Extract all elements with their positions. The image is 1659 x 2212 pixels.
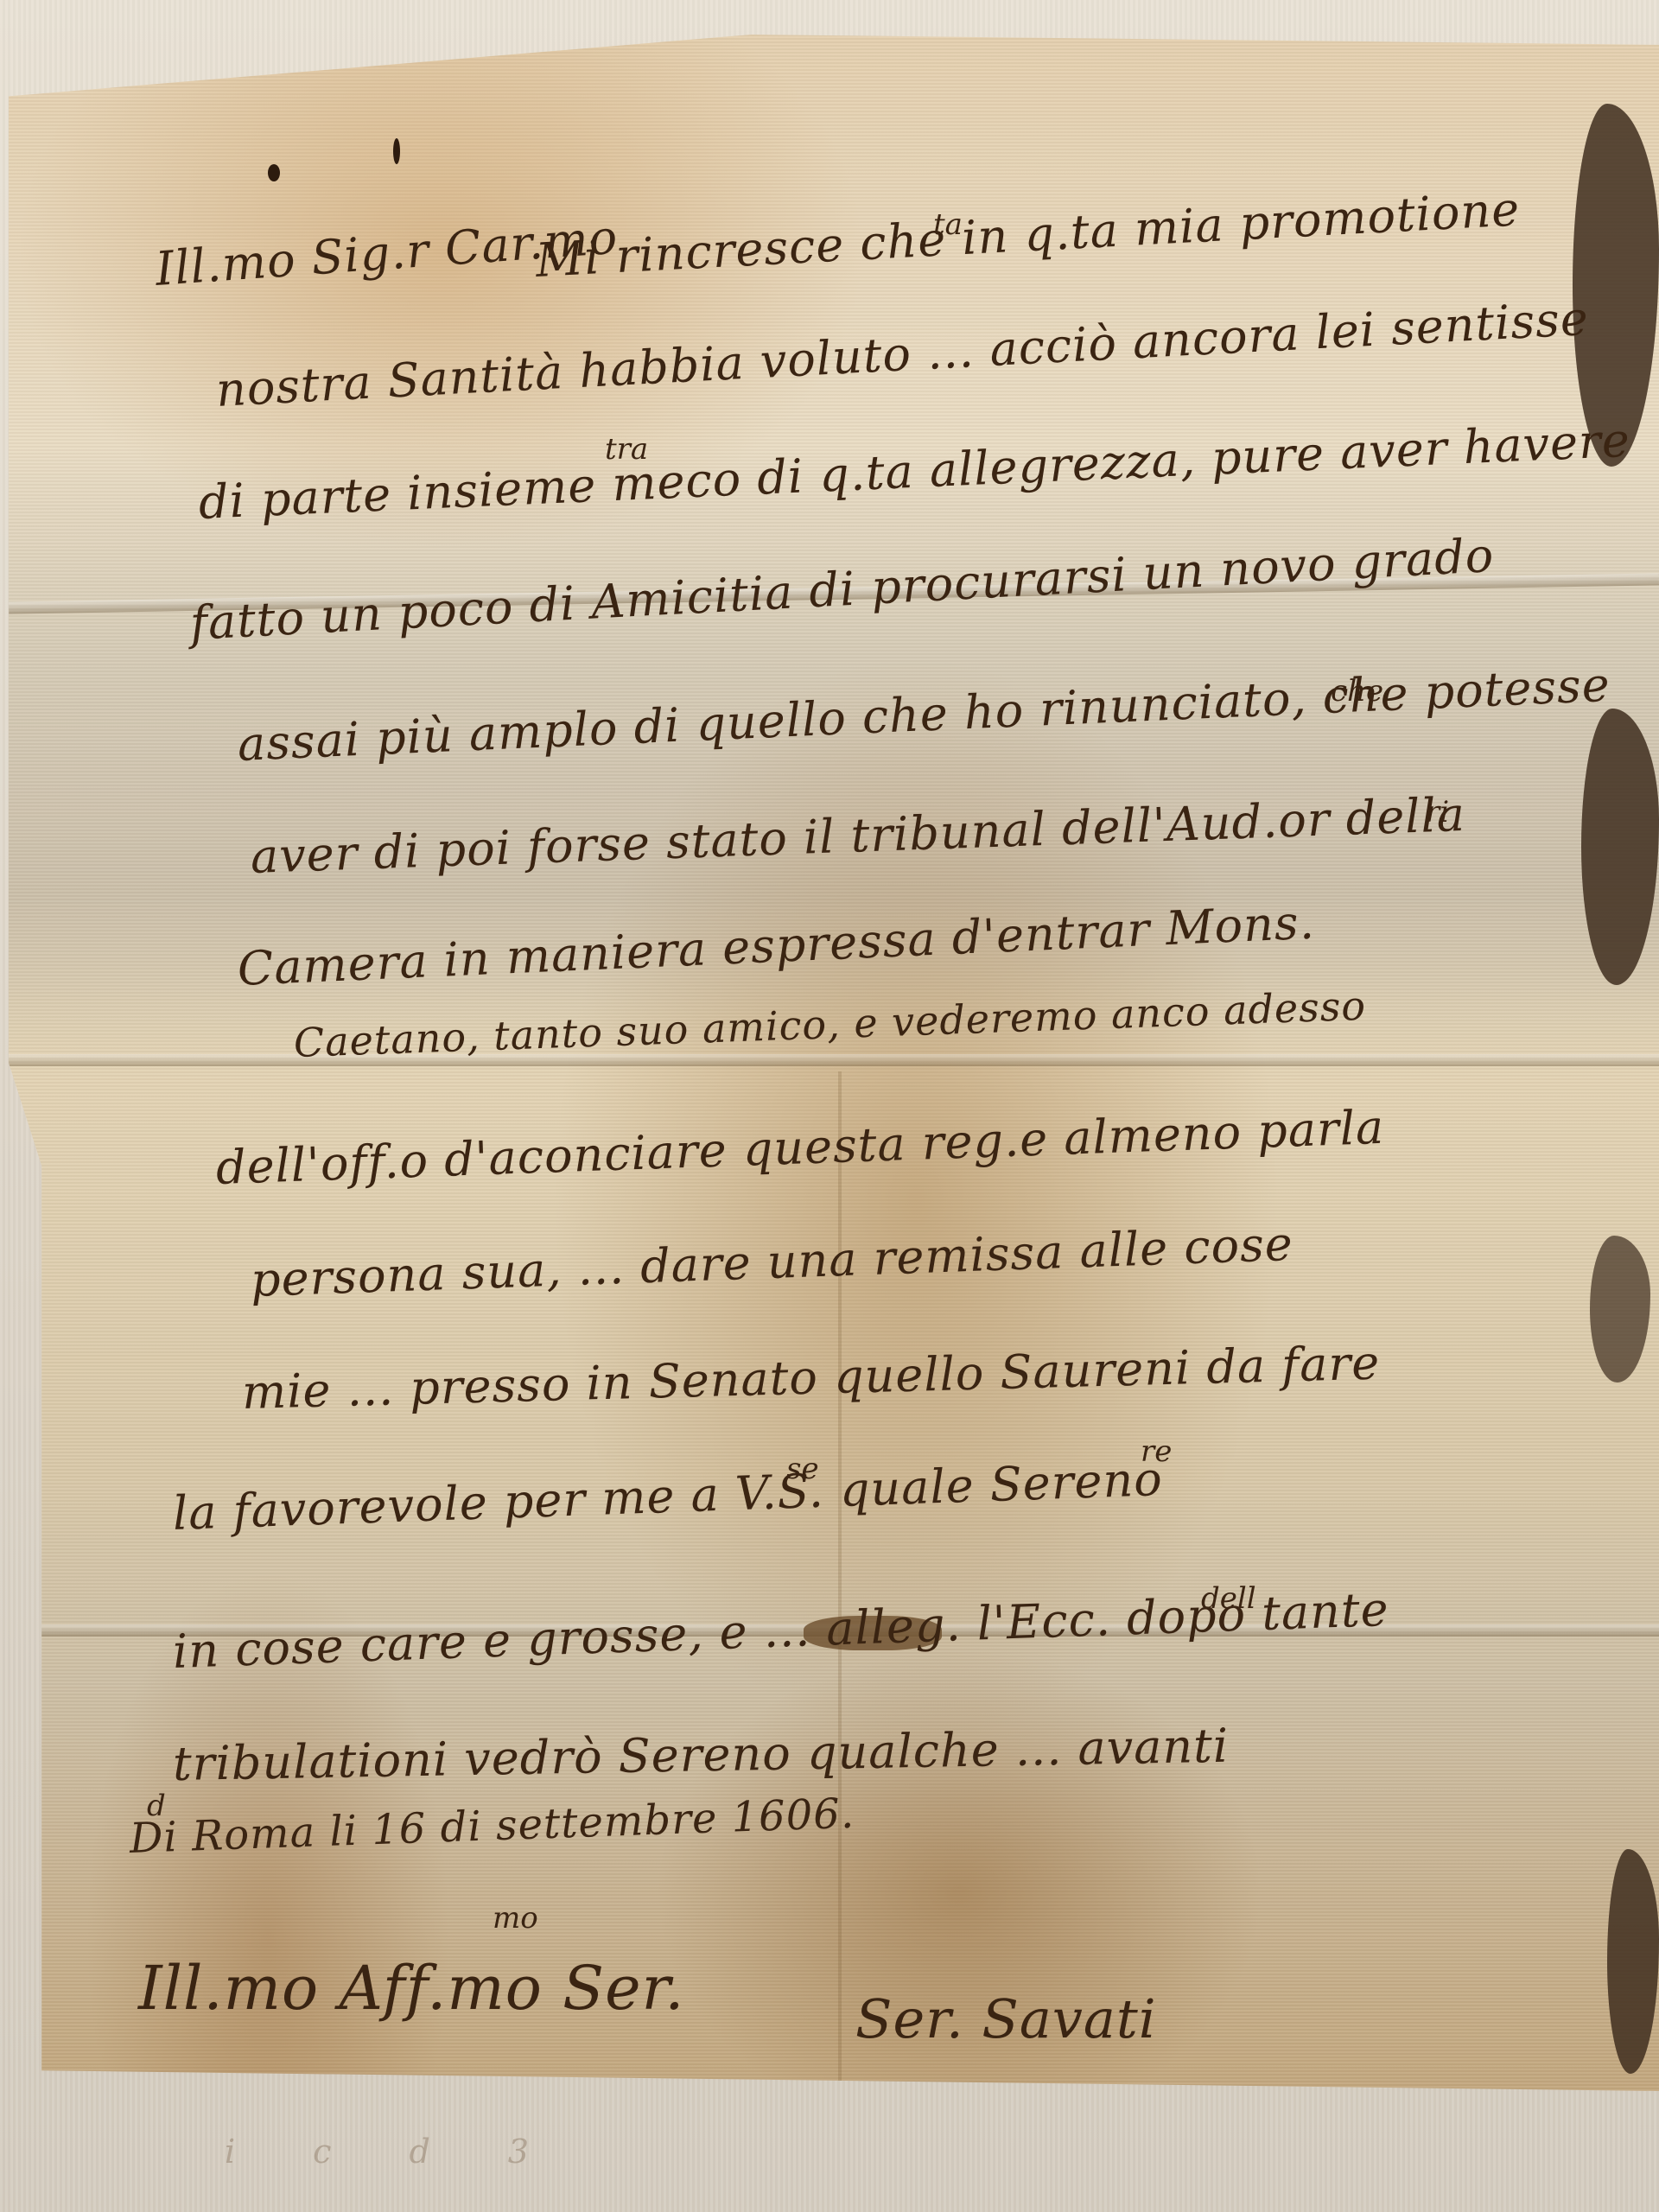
letter-line-4: fatto un poco di Amicitia di procurarsi … <box>188 528 1495 651</box>
superscript-abbrev: ri <box>1426 795 1449 829</box>
superscript-abbrev: che <box>1331 674 1383 709</box>
superscript-abbrev: re <box>1141 1434 1172 1469</box>
superscript-abbrev: tra <box>605 432 648 467</box>
letter-line-2: nostra Santità habbia voluto ... acciò a… <box>214 291 1590 417</box>
superscript-abbrev: mo <box>493 1901 538 1935</box>
ink-stain <box>1607 1849 1659 2074</box>
letter-line-14: tribulationi vedrò Sereno qualche ... av… <box>172 1719 1229 1791</box>
vertical-fold <box>838 1071 842 2091</box>
letter-line-12: la favorevole per me a V.S. quale Sereno <box>172 1452 1164 1541</box>
ink-blot <box>268 164 280 181</box>
letter-line-7: Camera in maniera espressa d'entrar Mons… <box>237 895 1316 996</box>
letter-line-6: aver di poi forse stato il tribunal dell… <box>250 787 1466 884</box>
superscript-abbrev: ta <box>933 207 963 242</box>
superscript-abbrev: dell <box>1201 1581 1256 1616</box>
closing: Ill.mo Aff.mo Ser. <box>138 1953 685 2024</box>
signature: Ser. Savati <box>855 1987 1157 2050</box>
letter-line-9: dell'off.o d'aconciare questa reg.e alme… <box>215 1100 1385 1195</box>
ink-stain <box>1581 709 1659 985</box>
letter-line-11: mie ... presso in Senato quello Saureni … <box>241 1336 1381 1420</box>
faint-mark: i <box>225 2133 235 2171</box>
faint-mark: d <box>409 2133 429 2171</box>
letter-line-10: persona sua, ... dare una remissa alle c… <box>250 1217 1294 1307</box>
letter-line-1: Mi rincresce che in q.ta mia promotione <box>534 181 1521 288</box>
letter-line-5: assai più amplo di quello che ho rinunci… <box>237 658 1611 772</box>
fold-crease <box>9 1054 1659 1066</box>
faint-mark: 3 <box>508 2133 529 2171</box>
faint-mark: c <box>313 2133 331 2171</box>
ink-stain <box>1590 1236 1650 1382</box>
letter-line-3: di parte insieme meco di q.ta allegrezza… <box>198 413 1631 530</box>
superscript-abbrev: d <box>147 1789 166 1823</box>
ink-blot <box>393 138 400 164</box>
date-line: Di Roma li 16 di settembre 1606. <box>129 1789 855 1863</box>
superscript-abbrev: se <box>786 1452 819 1486</box>
underlying-sheet-marks: i c d 3 <box>0 2091 1659 2212</box>
ink-stain <box>1573 104 1659 467</box>
letter-sheet: Ill.mo Sig.r Car.mo Mi rincresce che in … <box>9 35 1659 2091</box>
